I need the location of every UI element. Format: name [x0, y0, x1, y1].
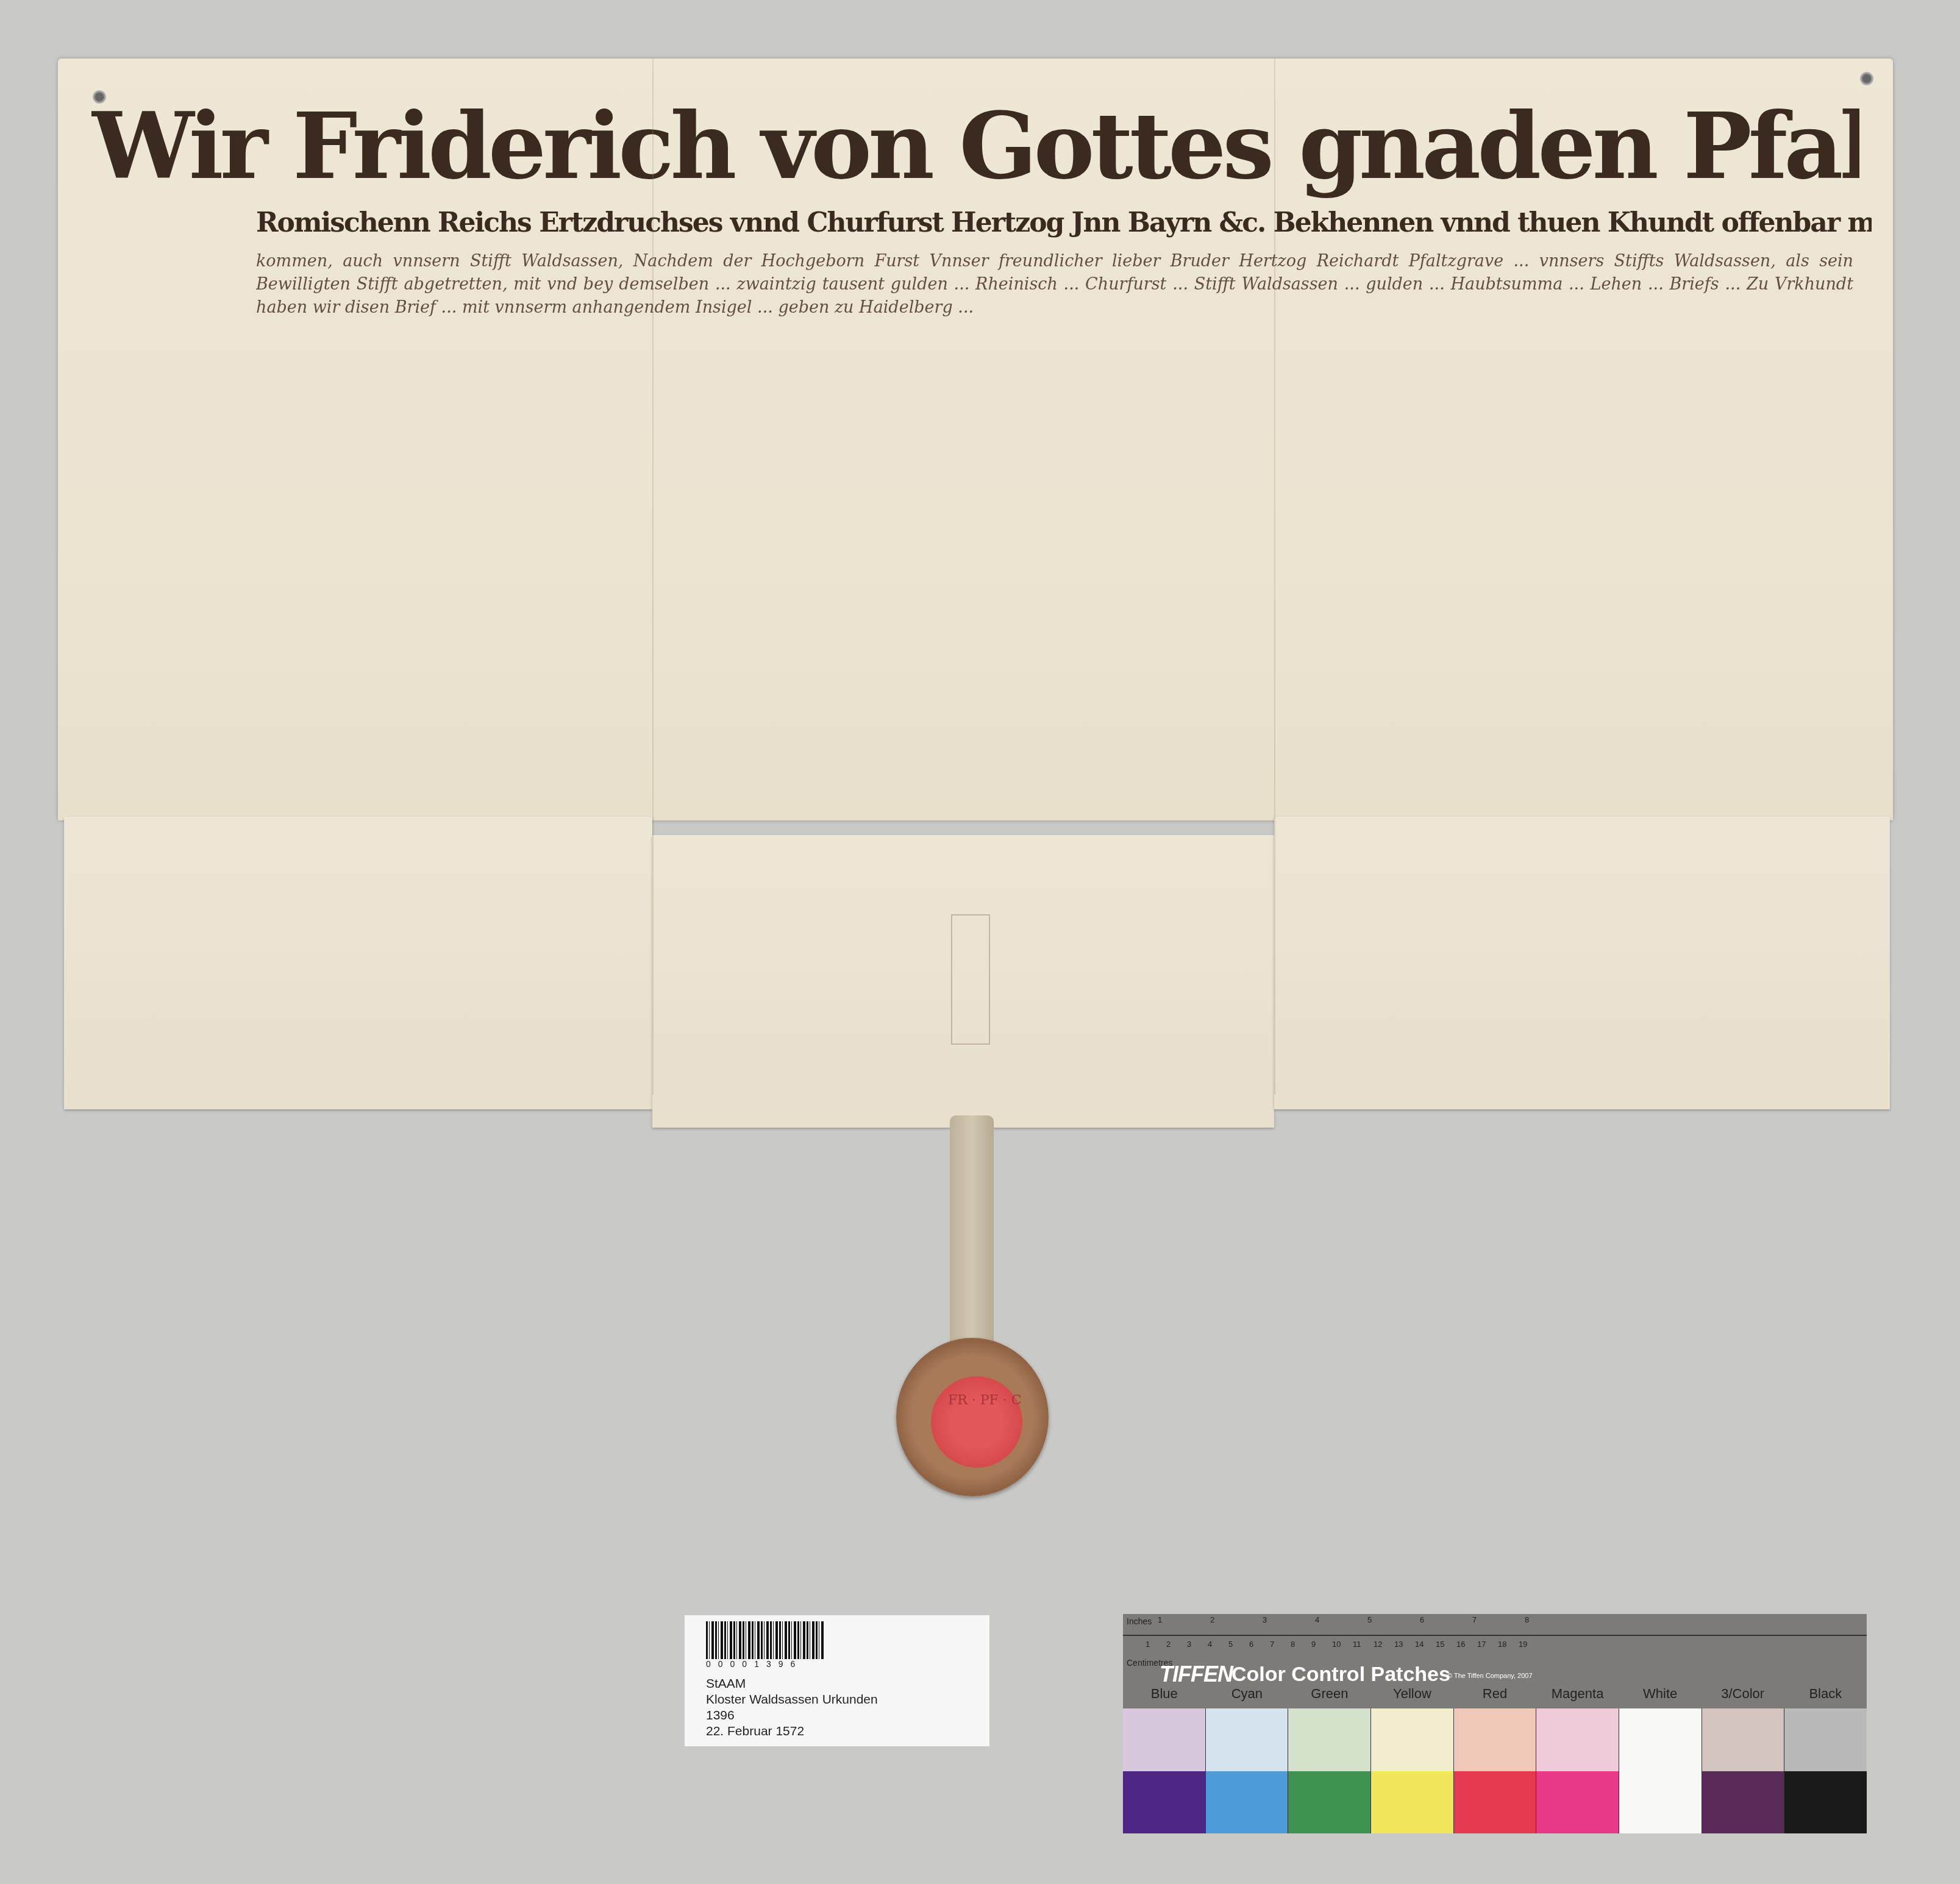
patch-column-red: [1454, 1708, 1537, 1833]
cm-ruler: 1 2 3 4 5 6 7 8 9 10 11 12 13 14 15 16 1…: [1123, 1636, 1867, 1654]
patch-light: [1454, 1708, 1536, 1771]
inch-tick: 8: [1525, 1615, 1529, 1624]
label-date: 22. Februar 1572: [706, 1724, 878, 1740]
patch-name: Magenta: [1536, 1686, 1619, 1708]
fold-crease: [652, 59, 654, 1095]
patch-name: Cyan: [1206, 1686, 1289, 1708]
cm-tick: 7: [1270, 1640, 1274, 1649]
patch-column-blue: [1123, 1708, 1206, 1833]
archive-label: 00001396 StAAM Kloster Waldsassen Urkund…: [685, 1615, 989, 1746]
seal-slit: [951, 914, 990, 1045]
plica-fold-left: [64, 817, 652, 1109]
inch-tick: 2: [1210, 1615, 1214, 1624]
patch-dark: [1206, 1771, 1288, 1834]
patch-name: Red: [1453, 1686, 1536, 1708]
patch-light: [1702, 1708, 1784, 1771]
patch-light: [1288, 1708, 1370, 1771]
color-control-chart: Inches 1 2 3 4 5 6 7 8 1 2 3 4 5 6 7 8 9…: [1123, 1614, 1867, 1882]
cm-tick: 12: [1374, 1640, 1382, 1649]
cm-tick: 19: [1519, 1640, 1527, 1649]
patch-name: Blue: [1123, 1686, 1206, 1708]
patch-column-white: [1619, 1708, 1702, 1833]
patch-dark: [1619, 1771, 1702, 1834]
wax-seal: [931, 1376, 1022, 1468]
inch-tick: 6: [1420, 1615, 1424, 1624]
patch-column-black: [1784, 1708, 1867, 1833]
patch-name: Yellow: [1371, 1686, 1454, 1708]
patch-light: [1123, 1708, 1205, 1771]
fold-crease: [1274, 59, 1275, 1095]
chart-header-band: Inches 1 2 3 4 5 6 7 8 1 2 3 4 5 6 7 8 9…: [1123, 1614, 1867, 1708]
inches-label: Inches: [1127, 1616, 1152, 1626]
patch-name-row: Blue Cyan Green Yellow Red Magenta White…: [1123, 1686, 1867, 1708]
patch-column-yellow: [1371, 1708, 1454, 1833]
plica-fold-right: [1274, 817, 1890, 1109]
inch-ruler: Inches 1 2 3 4 5 6 7 8: [1123, 1614, 1867, 1636]
cm-tick: 10: [1332, 1640, 1341, 1649]
cm-tick: 17: [1477, 1640, 1486, 1649]
inch-tick: 3: [1263, 1615, 1267, 1624]
cm-tick: 16: [1456, 1640, 1465, 1649]
cm-tick: 4: [1208, 1640, 1212, 1649]
cm-tick: 2: [1166, 1640, 1171, 1649]
cm-tick: 8: [1291, 1640, 1295, 1649]
patch-dark: [1702, 1771, 1784, 1834]
label-collection: Kloster Waldsassen Urkunden: [706, 1692, 878, 1708]
charter-title-line: Wir Friderich von Gottes gnaden Pfaltzgr…: [91, 67, 1859, 226]
barcode-icon: [706, 1621, 825, 1659]
chart-copyright: © The Tiffen Company, 2007: [1447, 1672, 1533, 1680]
barcode-number: 00001396: [706, 1659, 802, 1669]
cm-tick: 13: [1394, 1640, 1403, 1649]
cm-tick: 5: [1228, 1640, 1233, 1649]
cm-tick: 3: [1187, 1640, 1191, 1649]
seal-inscription: FR · PF · C: [948, 1393, 1022, 1408]
chart-title: Color Control Patches: [1231, 1663, 1450, 1687]
inch-tick: 7: [1472, 1615, 1477, 1624]
cm-tick: 1: [1146, 1640, 1150, 1649]
patch-light: [1206, 1708, 1288, 1771]
patch-dark: [1536, 1771, 1619, 1834]
charter-body-paragraph: kommen, auch vnnsern Stifft Waldsassen, …: [256, 250, 1853, 319]
inch-tick: 4: [1315, 1615, 1319, 1624]
patch-light: [1619, 1708, 1702, 1771]
cm-tick: 14: [1415, 1640, 1424, 1649]
charter-body-text: kommen, auch vnnsern Stifft Waldsassen, …: [256, 250, 1853, 817]
patch-dark: [1288, 1771, 1370, 1834]
patch-light: [1536, 1708, 1619, 1771]
cm-tick: 18: [1498, 1640, 1506, 1649]
patch-light: [1371, 1708, 1453, 1771]
patch-name: White: [1619, 1686, 1702, 1708]
cm-tick: 9: [1311, 1640, 1316, 1649]
inch-tick: 5: [1367, 1615, 1372, 1624]
mounting-hole-right: [1860, 72, 1873, 85]
patch-dark: [1784, 1771, 1867, 1834]
cm-tick: 11: [1353, 1640, 1361, 1649]
patch-name: Black: [1784, 1686, 1867, 1708]
patch-name: 3/Color: [1702, 1686, 1784, 1708]
tiffen-logo: TIFFEN: [1160, 1662, 1233, 1687]
color-patch-grid: [1123, 1708, 1867, 1833]
patch-dark: [1123, 1771, 1205, 1834]
patch-column-magenta: [1536, 1708, 1619, 1833]
patch-column-green: [1288, 1708, 1371, 1833]
patch-dark: [1371, 1771, 1453, 1834]
label-archive: StAAM: [706, 1676, 878, 1692]
inch-tick: 1: [1158, 1615, 1162, 1624]
patch-dark: [1454, 1771, 1536, 1834]
patch-column-3color: [1702, 1708, 1785, 1833]
patch-light: [1784, 1708, 1867, 1771]
patch-name: Green: [1288, 1686, 1371, 1708]
cm-tick: 6: [1249, 1640, 1253, 1649]
charter-subtitle-line: Romischenn Reichs Ertzdruchses vnnd Chur…: [256, 207, 1872, 244]
label-number: 1396: [706, 1708, 878, 1724]
cm-tick: 15: [1436, 1640, 1444, 1649]
patch-column-cyan: [1206, 1708, 1289, 1833]
